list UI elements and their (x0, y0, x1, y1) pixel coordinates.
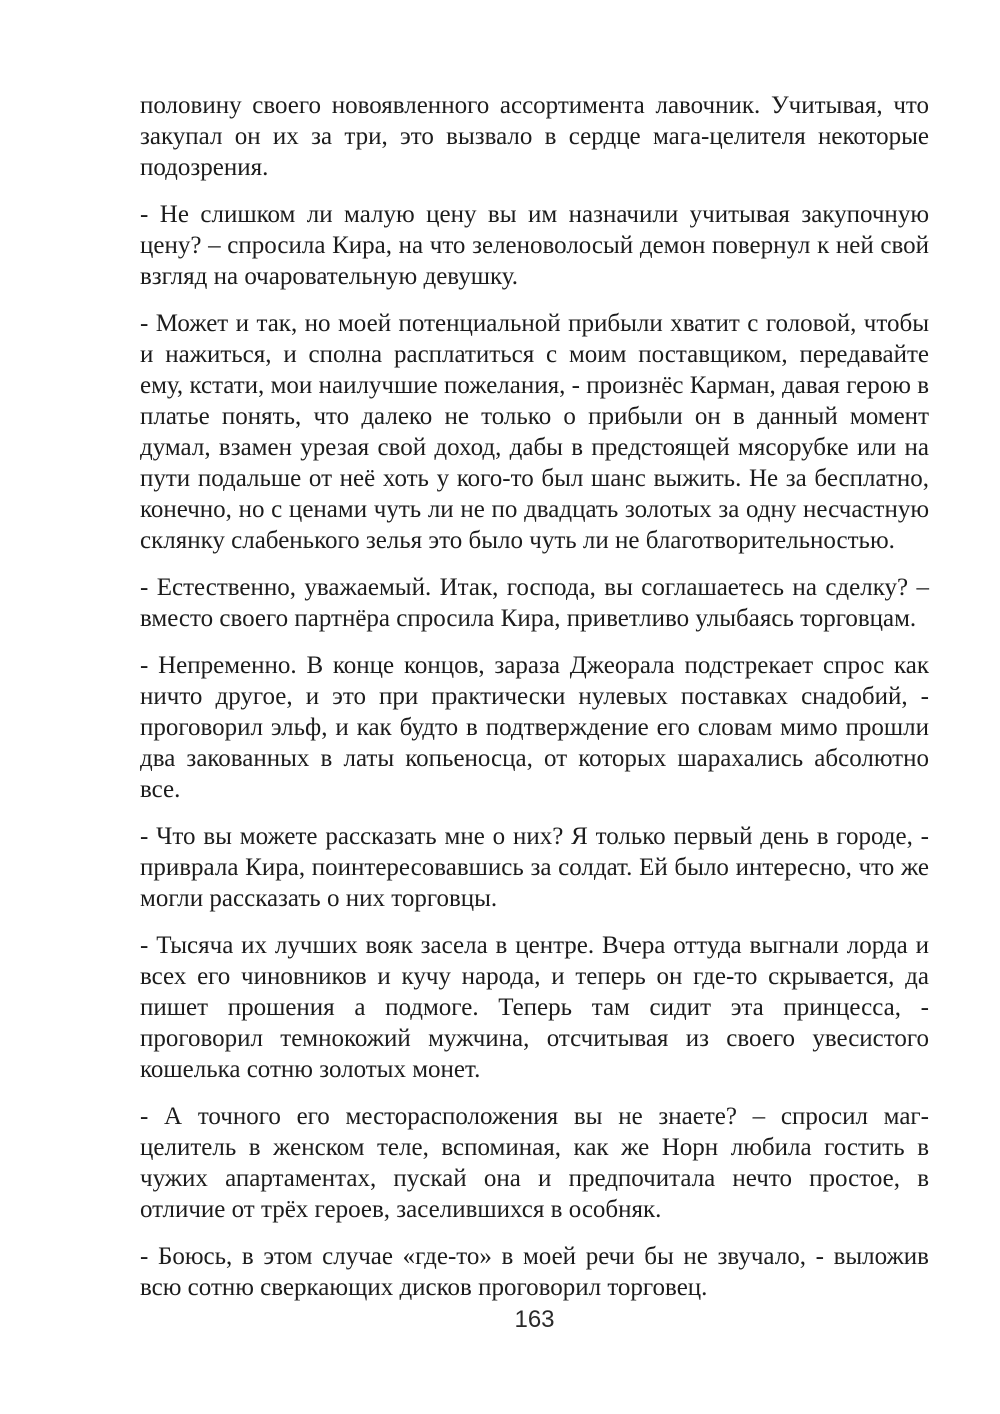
page-number: 163 (514, 1306, 554, 1333)
paragraph-2: - Не слишком ли малую цену вы им назначи… (140, 199, 929, 292)
paragraph-6: - Что вы можете рассказать мне о них? Я … (140, 821, 929, 914)
page-footer: 163 (140, 1306, 929, 1334)
paragraph-5: - Непременно. В конце концов, зараза Дже… (140, 650, 929, 805)
paragraph-9: - Боюсь, в этом случае «где-то» в моей р… (140, 1241, 929, 1303)
document-page: половину своего новоявленного ассортимен… (0, 0, 1000, 1414)
paragraph-3: - Может и так, но моей потенциальной при… (140, 308, 929, 556)
paragraph-8: - А точного его месторасположения вы не … (140, 1101, 929, 1225)
text-content: половину своего новоявленного ассортимен… (140, 90, 929, 1303)
paragraph-1: половину своего новоявленного ассортимен… (140, 90, 929, 183)
paragraph-4: - Естественно, уважаемый. Итак, господа,… (140, 572, 929, 634)
paragraph-7: - Тысяча их лучших вояк засела в центре.… (140, 930, 929, 1085)
